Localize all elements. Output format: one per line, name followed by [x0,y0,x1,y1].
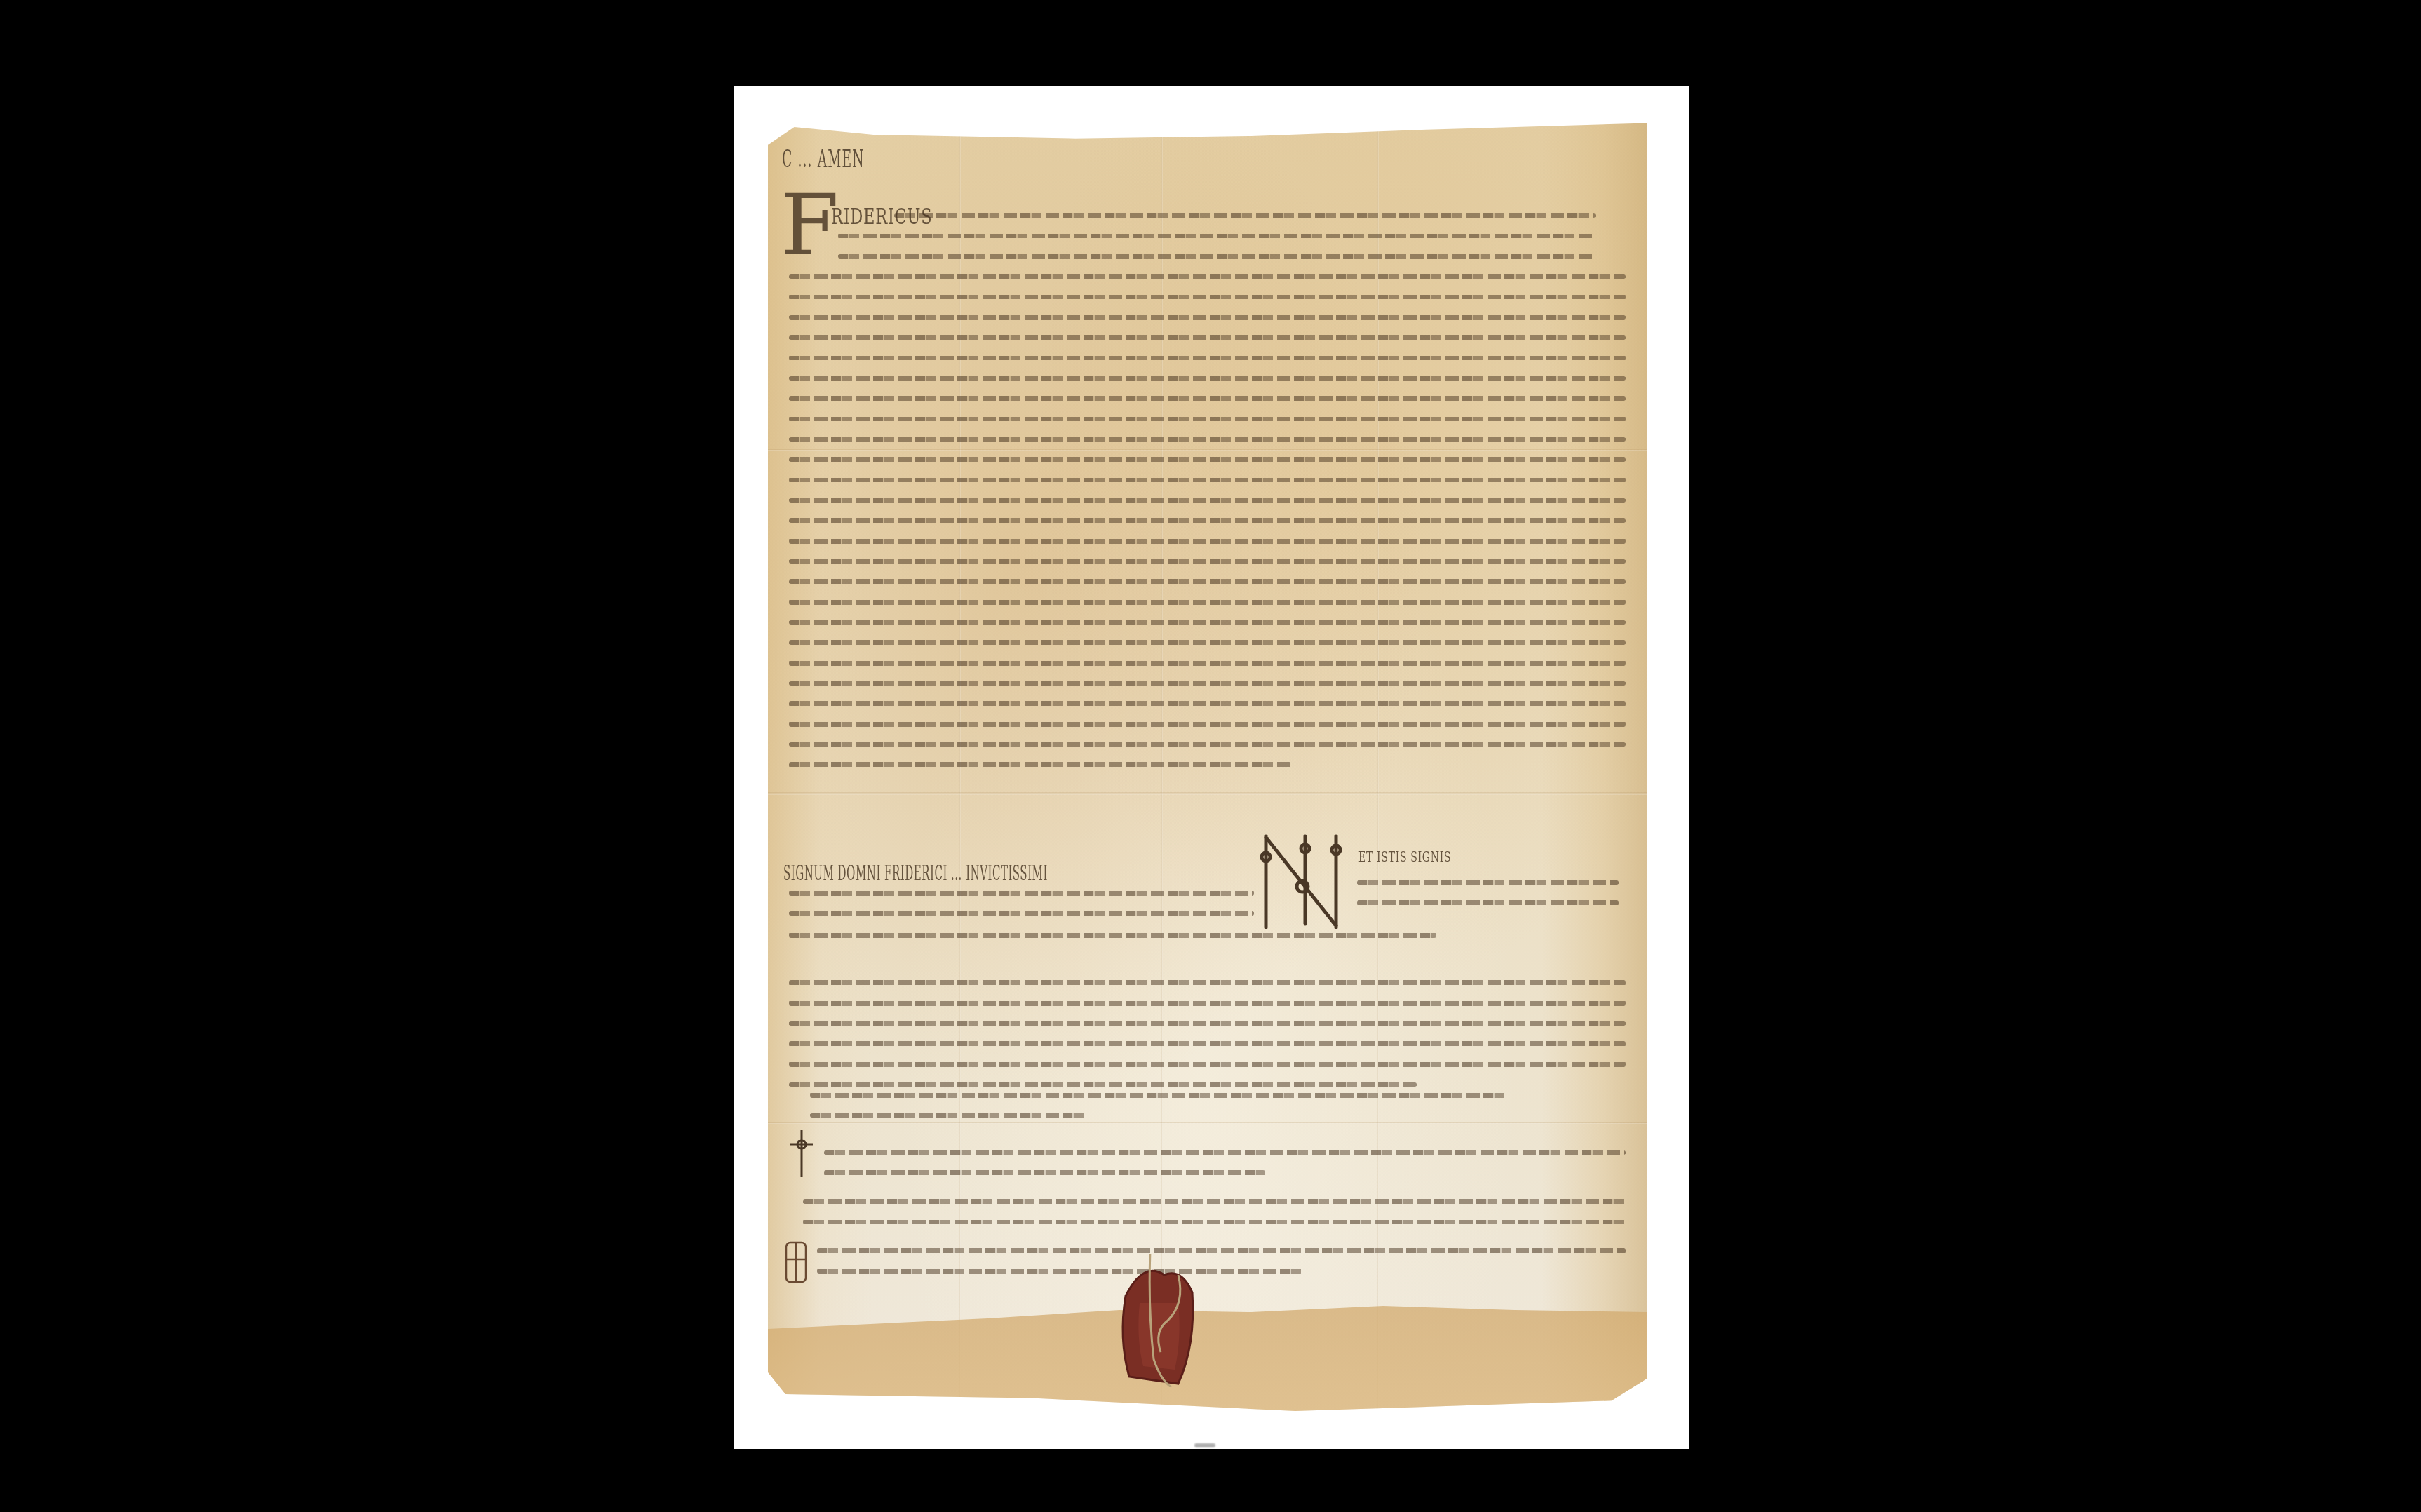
elongated-script-heading: C ... AMEN [782,145,865,173]
imperial-monogram-icon [1252,829,1350,934]
main-text-block [789,274,1626,783]
notarial-sign-icon [782,1238,810,1288]
page-number-fragment [1194,1443,1215,1447]
notarial-text [803,1199,1626,1240]
text-block-first-line [894,213,1626,234]
text-block-opening [838,234,1626,274]
notarial-text [817,1248,1626,1289]
monogram-side-text [1357,880,1619,921]
fold-line [768,792,1647,795]
witness-line [810,1093,1506,1133]
signum-sub-text [789,891,1254,931]
cross-signature-icon [788,1129,816,1178]
signum-line: SIGNUM DOMNI FRIDERICI ... INVICTISSIMI [783,861,1048,886]
closing-text-block [789,980,1626,1102]
notarial-text [824,1150,1626,1191]
decorated-initial: F [781,184,839,268]
document-photo-panel: C ... AMEN F RIDERICUS SIGNUM DOMNI FRID… [734,86,1689,1449]
wax-seal-icon [1112,1254,1217,1387]
monogram-label: ET ISTIS SIGNIS [1358,849,1451,865]
parchment-charter: C ... AMEN F RIDERICUS SIGNUM DOMNI FRID… [768,119,1647,1411]
signum-sub-text [789,933,1436,953]
